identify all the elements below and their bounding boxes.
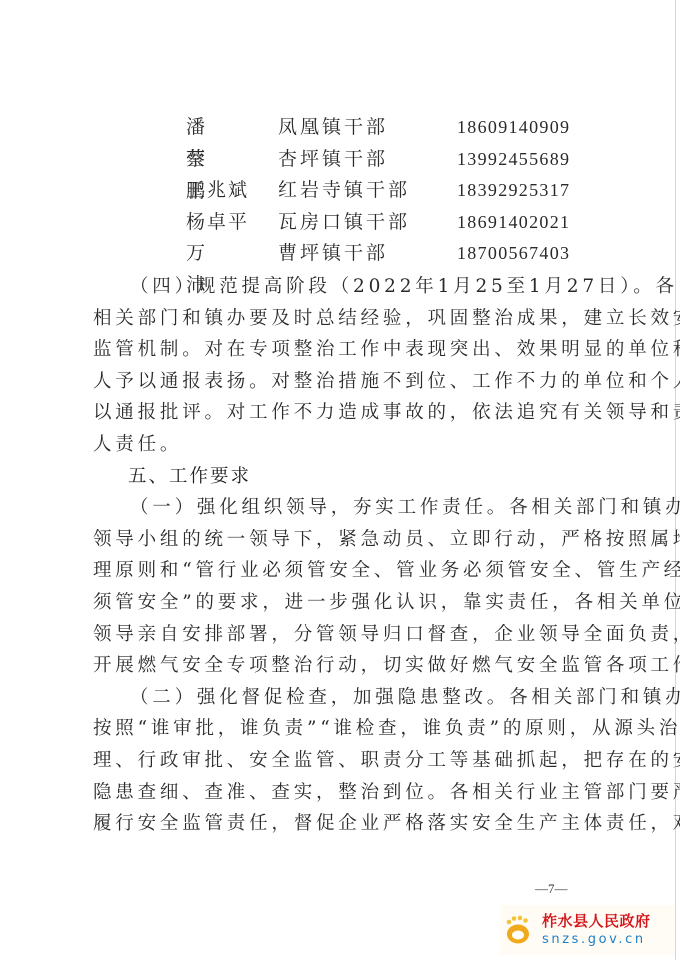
- watermark-title: 柞水县人民政府: [542, 910, 651, 931]
- paragraph-stage-4: （四）规范提高阶段（2022年1月25至1月27日）。各 相关部门和镇办要及时总…: [93, 271, 595, 461]
- contact-dept: 凤凰镇干部: [278, 111, 388, 143]
- contact-dept: 红岩寺镇干部: [278, 174, 410, 206]
- contact-dept: 曹坪镇干部: [278, 237, 388, 269]
- contact-phone: 18609140909: [457, 111, 570, 143]
- text-line: 领导小组的统一领导下，紧急动员、立即行动，严格按照属地管: [93, 524, 595, 556]
- document-body: （四）规范提高阶段（2022年1月25至1月27日）。各 相关部门和镇办要及时总…: [93, 271, 595, 840]
- contact-name: 杨卓平: [186, 206, 266, 238]
- text-line: （一）强化组织领导，夯实工作责任。各相关部门和镇办在: [93, 492, 595, 524]
- text-line: 按照“谁审批，谁负责”“谁检查，谁负责”的原则，从源头治: [93, 713, 595, 745]
- sun-logo-icon: [505, 913, 531, 945]
- contact-phone: 18392925317: [457, 174, 570, 206]
- contact-row: 潘 莹 凤凰镇干部 18609140909: [0, 111, 680, 143]
- text-line: 理原则和“管行业必须管安全、管业务必须管安全、管生产经营必: [93, 555, 595, 587]
- contact-dept: 瓦房口镇干部: [278, 206, 410, 238]
- text-line: 人责任。: [93, 429, 595, 461]
- text-line: （四）规范提高阶段（2022年1月25至1月27日）。各: [93, 271, 595, 303]
- text-line: 开展燃气安全专项整治行动，切实做好燃气安全监管各项工作。: [93, 650, 595, 682]
- page-number: —7—: [535, 881, 568, 897]
- paragraph-requirement-2: （二）强化督促检查，加强隐患整改。各相关部门和镇办要 按照“谁审批，谁负责”“谁…: [93, 682, 595, 840]
- contact-row: 万 沛 曹坪镇干部 18700567403: [0, 237, 680, 269]
- watermark-url: snzs.gov.cn: [542, 932, 646, 947]
- watermark: 柞水县人民政府 snzs.gov.cn: [500, 905, 675, 955]
- contact-row: 蔡 鹏 杏坪镇干部 13992455689: [0, 143, 680, 175]
- contact-row: 王兆斌 红岩寺镇干部 18392925317: [0, 174, 680, 206]
- text-line: （二）强化督促检查，加强隐患整改。各相关部门和镇办要: [93, 682, 595, 714]
- text-line: 人予以通报表扬。对整治措施不到位、工作不力的单位和个人予: [93, 366, 595, 398]
- contact-phone: 18700567403: [457, 237, 570, 269]
- contact-phone: 13992455689: [457, 143, 570, 175]
- contact-phone: 18691402021: [457, 206, 570, 238]
- text-line: 隐患查细、查准、查实，整治到位。各相关行业主管部门要严格: [93, 777, 595, 809]
- text-line: 理、行政审批、安全监管、职责分工等基础抓起，把存在的安全: [93, 745, 595, 777]
- contact-row: 杨卓平 瓦房口镇干部 18691402021: [0, 206, 680, 238]
- text-line: 须管安全”的要求，进一步强化认识，靠实责任，各相关单位主要: [93, 587, 595, 619]
- text-line: 监管机制。对在专项整治工作中表现突出、效果明显的单位和个: [93, 334, 595, 366]
- contact-name: 王兆斌: [186, 174, 266, 206]
- text-line: 履行安全监管责任，督促企业严格落实安全生产主体责任，对排: [93, 808, 595, 840]
- text-line: 相关部门和镇办要及时总结经验，巩固整治成果，建立长效安全: [93, 303, 595, 335]
- contact-dept: 杏坪镇干部: [278, 143, 388, 175]
- text-line: 领导亲自安排部署，分管领导归口督查，企业领导全面负责，扎实: [93, 619, 595, 651]
- text-line: 以通报批评。对工作不力造成事故的，依法追究有关领导和责任: [93, 397, 595, 429]
- section-heading: 五、工作要求: [93, 461, 595, 493]
- paragraph-requirement-1: （一）强化组织领导，夯实工作责任。各相关部门和镇办在 领导小组的统一领导下，紧急…: [93, 492, 595, 682]
